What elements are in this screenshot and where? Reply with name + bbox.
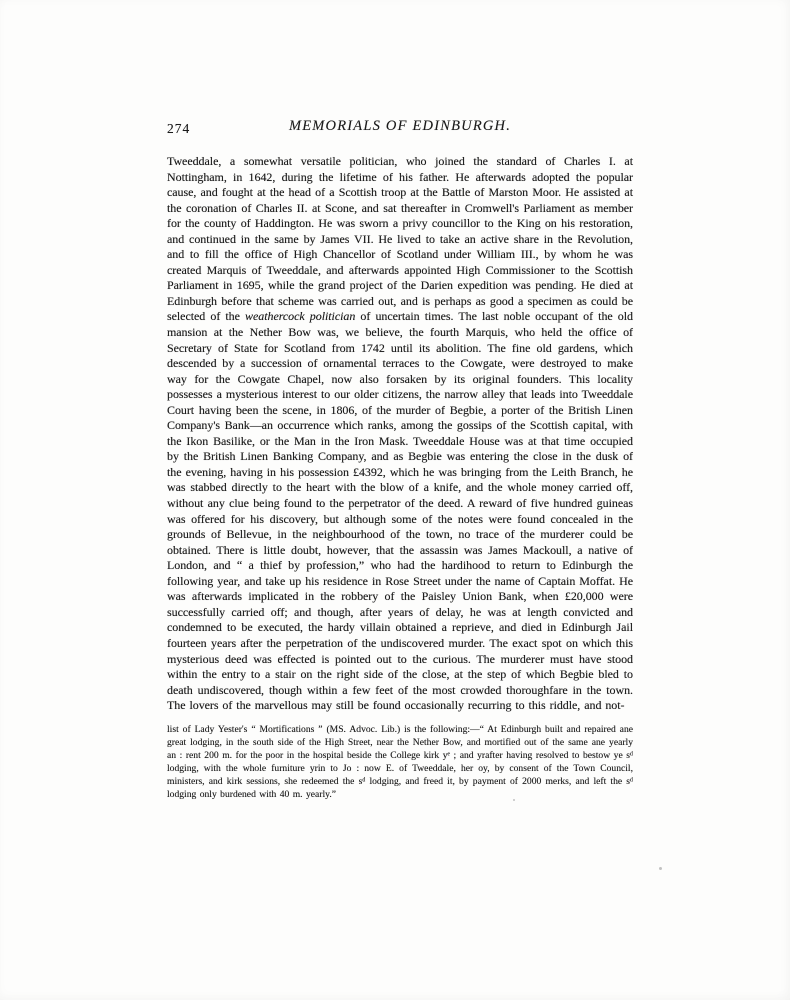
scan-speck bbox=[513, 799, 515, 801]
scan-speck bbox=[659, 867, 662, 870]
running-title: MEMORIALS OF EDINBURGH. bbox=[167, 118, 633, 135]
page-header: 274 MEMORIALS OF EDINBURGH. bbox=[167, 118, 633, 150]
page-number: 274 bbox=[167, 121, 190, 137]
italic-phrase: weathercock politician bbox=[245, 309, 355, 323]
footnote-paragraph: list of Lady Yester's “ Mortifications ”… bbox=[167, 723, 633, 802]
text-column: 274 MEMORIALS OF EDINBURGH. Tweeddale, a… bbox=[167, 118, 633, 801]
book-page: 274 MEMORIALS OF EDINBURGH. Tweeddale, a… bbox=[0, 0, 790, 1000]
body-paragraph: Tweeddale, a somewhat versatile politici… bbox=[167, 154, 633, 714]
body-text-before-italic: Tweeddale, a somewhat versatile politici… bbox=[167, 154, 633, 323]
body-text-after-italic: of uncertain times. The last noble occup… bbox=[167, 309, 633, 712]
